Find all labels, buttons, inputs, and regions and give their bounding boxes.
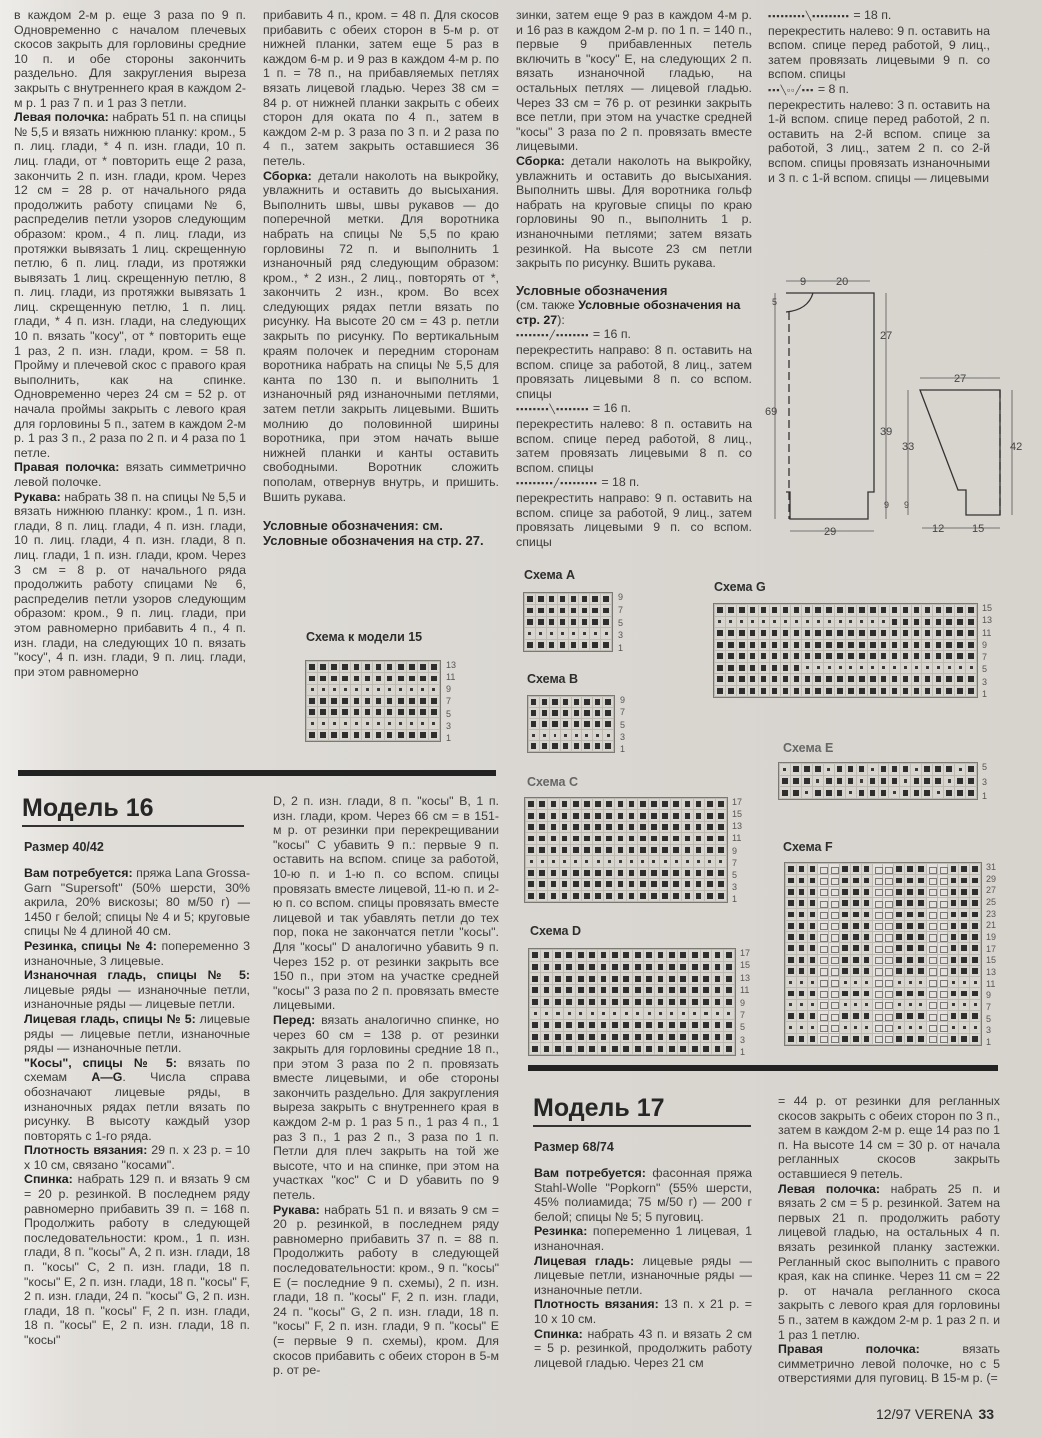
stitch-cell <box>883 988 893 998</box>
stitch-cell <box>873 875 883 885</box>
stitch-cell <box>883 977 893 987</box>
stitch-cell <box>857 776 867 787</box>
stitch-cell <box>541 1043 551 1054</box>
row-number: 9 <box>732 847 742 856</box>
stitch-cell <box>802 776 812 787</box>
stitch-cell <box>813 628 823 639</box>
stitch-cell <box>582 730 592 740</box>
stitch-cell <box>569 594 579 604</box>
stitch-cell <box>966 686 976 697</box>
stitch-cell <box>564 973 574 984</box>
stitch-cell <box>797 1000 807 1010</box>
stitch-cell <box>318 718 328 728</box>
stitch-cell <box>873 898 883 908</box>
stitch-cell <box>649 833 659 843</box>
stitch-cell <box>564 962 574 973</box>
issue-label: 12/97 VERENA <box>876 1406 973 1422</box>
stitch-cell <box>759 651 769 662</box>
stitch-cell <box>726 617 736 628</box>
stitch-cell <box>955 651 965 662</box>
stitch-cell <box>671 891 681 901</box>
stitch-cell <box>671 856 681 866</box>
stitch-cell <box>373 707 383 717</box>
stitch-cell <box>564 985 574 996</box>
stitch-cell <box>781 663 791 674</box>
stitch-cell <box>905 875 915 885</box>
stitch-cell <box>385 707 395 717</box>
page-number: 33 <box>979 1406 995 1422</box>
stitch-cell <box>933 674 943 685</box>
stitch-cell <box>660 799 670 809</box>
stitch-cell <box>712 1032 722 1043</box>
stitch-cell <box>590 640 600 650</box>
row-number: 9 <box>446 685 456 694</box>
stitch-cell <box>959 932 969 942</box>
stitch-cell <box>846 787 856 798</box>
column-4-top: ▪▪▪▪▪▪▪▪▪╲▪▪▪▪▪▪▪▪▪ = 18 п. перекрестить… <box>768 8 990 185</box>
stitch-cell <box>808 955 818 965</box>
stitch-cell <box>716 879 726 889</box>
stitch-cell <box>726 640 736 651</box>
stitch-cell <box>540 719 550 729</box>
stitch-cell <box>644 973 654 984</box>
stitch-cell <box>818 943 828 953</box>
stitch-cell <box>590 628 600 638</box>
stitch-cell <box>770 663 780 674</box>
stitch-cell <box>615 833 625 843</box>
stitch-cell <box>786 898 796 908</box>
stitch-cell <box>610 985 620 996</box>
row-number: 5 <box>740 1023 750 1032</box>
stitch-cell <box>905 966 915 976</box>
stitch-cell <box>857 674 867 685</box>
stitch-cell <box>553 973 563 984</box>
stitch-cell <box>890 674 900 685</box>
stitch-cell <box>655 973 665 984</box>
stitch-cell <box>802 605 812 616</box>
stitch-cell <box>786 864 796 874</box>
stitch-cell <box>429 662 439 672</box>
stitch-cell <box>712 950 722 961</box>
stitch-cell <box>550 697 560 707</box>
stitch-cell <box>548 822 558 832</box>
stitch-cell <box>582 697 592 707</box>
stitch-cell <box>959 1022 969 1032</box>
stitch-cell <box>530 1032 540 1043</box>
stitch-cell <box>959 875 969 885</box>
stitch-cell <box>759 628 769 639</box>
stitch-cell <box>660 891 670 901</box>
legend-entry: ▪▪▪▪▪▪▪▪▪╲▪▪▪▪▪▪▪▪▪ = 18 п. перекрестить… <box>768 8 990 82</box>
stitch-cell <box>593 799 603 809</box>
row-number: 7 <box>620 708 625 717</box>
stitch-cell <box>873 887 883 897</box>
stitch-cell <box>396 718 406 728</box>
text: вязать аналогично спинке, но через 60 см… <box>273 1013 499 1202</box>
row-number: 9 <box>982 641 992 650</box>
stitch-cell <box>786 1022 796 1032</box>
stitch-cell <box>701 950 711 961</box>
stitch-cell <box>770 628 780 639</box>
stitch-cell <box>582 879 592 889</box>
stitch-cell <box>966 787 976 798</box>
stitch-cell <box>407 730 417 740</box>
legend-entry: ▪▪▪╲▫▫╱▪▪▪ = 8 п. перекрестить налево: 3… <box>768 82 990 185</box>
stitch-cell <box>944 663 954 674</box>
stitch-cell <box>615 891 625 901</box>
stitch-cell <box>638 845 648 855</box>
row-number: 5 <box>446 710 456 719</box>
stitch-cell <box>862 887 872 897</box>
stitch-cell <box>582 822 592 832</box>
stitch-cell <box>955 674 965 685</box>
stitch-cell <box>587 962 597 973</box>
stitch-cell <box>770 674 780 685</box>
stitch-cell <box>407 685 417 695</box>
stitch-cell <box>362 707 372 717</box>
stitch-cell <box>905 909 915 919</box>
row-number: 19 <box>986 933 996 942</box>
label: Левая полочка: <box>14 110 109 124</box>
scheme-15-title: Схема к модели 15 <box>306 630 422 644</box>
stitch-cell <box>576 1032 586 1043</box>
stitch-cell <box>970 943 980 953</box>
stitch-cell <box>916 864 926 874</box>
stitch-cell <box>627 891 637 901</box>
stitch-cell <box>621 962 631 973</box>
stitch-cell <box>851 932 861 942</box>
stitch-cell <box>824 686 834 697</box>
stitch-cell <box>970 1022 980 1032</box>
stitch-cell <box>362 696 372 706</box>
stitch-cell <box>824 663 834 674</box>
stitch-cell <box>340 730 350 740</box>
stitch-cell <box>911 787 921 798</box>
stitch-cell <box>582 799 592 809</box>
stitch-cell <box>621 997 631 1008</box>
stitch-cell <box>970 1000 980 1010</box>
stitch-cell <box>537 799 547 809</box>
stitch-cell <box>660 833 670 843</box>
paragraph: Вам потребуется: фасонная пряжа Stahl-Wo… <box>534 1166 752 1224</box>
stitch-cell <box>418 707 428 717</box>
text: набрать 38 п. на спицы № 5,5 и вязать ни… <box>14 490 246 679</box>
label: Спинка: <box>534 1327 583 1341</box>
stitch-cell <box>781 686 791 697</box>
stitch-cell <box>385 718 395 728</box>
stitch-cell <box>558 640 568 650</box>
stitch-cell <box>748 651 758 662</box>
stitch-cell <box>715 651 725 662</box>
row-number: 7 <box>446 697 456 706</box>
stitch-cell <box>781 674 791 685</box>
stitch-cell <box>948 1011 958 1021</box>
stitch-cell <box>329 730 339 740</box>
text: набрать 51 п. и вязать 9 см = 20 р. рези… <box>273 1203 499 1378</box>
stitch-cell <box>883 1011 893 1021</box>
stitch-cell <box>571 868 581 878</box>
stitch-cell <box>712 1020 722 1031</box>
row-number: 13 <box>446 661 456 670</box>
stitch-cell <box>868 764 878 775</box>
stitch-cell <box>737 674 747 685</box>
row-number: 15 <box>740 961 750 970</box>
stitch-cell <box>894 875 904 885</box>
stitch-cell <box>933 628 943 639</box>
stitch-cell <box>561 719 571 729</box>
stitch-cell <box>682 891 692 901</box>
stitch-cell <box>660 810 670 820</box>
stitch-cell <box>916 875 926 885</box>
stitch-cell <box>912 640 922 651</box>
stitch-cell <box>705 891 715 901</box>
stitch-cell <box>576 950 586 961</box>
stitch-cell <box>829 955 839 965</box>
stitch-cell <box>912 617 922 628</box>
stitch-cell <box>579 594 589 604</box>
stitch-cell <box>818 921 828 931</box>
stitch-cell <box>571 833 581 843</box>
stitch-cell <box>724 1043 734 1054</box>
stitch-cell <box>948 864 958 874</box>
stitch-cell <box>791 764 801 775</box>
stitch-cell <box>808 909 818 919</box>
row-number: 11 <box>982 629 992 638</box>
stitch-cell <box>916 898 926 908</box>
stitch-cell <box>649 799 659 809</box>
stitch-cell <box>537 810 547 820</box>
stitch-cell <box>873 932 883 942</box>
stitch-cell <box>558 605 568 615</box>
label: Рукава: <box>14 490 61 504</box>
stitch-cell <box>868 651 878 662</box>
stitch-cell <box>610 1043 620 1054</box>
row-number: 31 <box>986 863 996 872</box>
stitch-cell <box>705 822 715 832</box>
stitch-cell <box>955 686 965 697</box>
stitch-cell <box>797 988 807 998</box>
stitch-cell <box>970 977 980 987</box>
stitch-cell <box>724 973 734 984</box>
cable-left-18-icon: ▪▪▪▪▪▪▪▪▪╲▪▪▪▪▪▪▪▪▪ <box>768 9 850 24</box>
stitch-cell <box>922 628 932 639</box>
paragraph: Рукава: набрать 38 п. на спицы № 5,5 и в… <box>14 490 246 680</box>
stitch-cell <box>938 932 948 942</box>
stitch-cell <box>340 662 350 672</box>
legend-entry: ▪▪▪▪▪▪▪▪╲▪▪▪▪▪▪▪▪ = 16 п. перекрестить н… <box>516 401 752 475</box>
text: детали наколоть на выкройку, увлажнить и… <box>516 154 752 270</box>
stitch-cell <box>593 856 603 866</box>
legend-heading: Условные обозначения: см. Условные обозн… <box>263 518 499 548</box>
stitch-cell <box>912 628 922 639</box>
stitch-cell <box>829 921 839 931</box>
stitch-cell <box>933 651 943 662</box>
stitch-cell <box>638 868 648 878</box>
stitch-cell <box>340 718 350 728</box>
paragraph: в каждом 2-м р. еще 3 раза по 9 п. Однов… <box>14 8 246 110</box>
stitch-cell <box>610 962 620 973</box>
stitch-cell <box>682 822 692 832</box>
stitch-cell <box>558 628 568 638</box>
paragraph: Спинка: набрать 43 п. и вязать 2 см = 5 … <box>534 1327 752 1371</box>
stitch-cell <box>970 909 980 919</box>
scheme-a-grid <box>523 592 613 652</box>
stitch-cell <box>307 685 317 695</box>
stitch-cell <box>603 708 613 718</box>
legend-text: перекрестить направо: 9 п. оставить на в… <box>516 491 752 549</box>
model-16-title: Модель 16 <box>22 794 244 827</box>
legend-subtitle: (см. также <box>516 298 578 312</box>
text: набрать 51 п. на спицы № 5,5 и вязать ни… <box>14 110 246 460</box>
stitch-cell <box>938 988 948 998</box>
row-number: 13 <box>740 974 750 983</box>
column-3-top: зинки, затем еще 9 раз в каждом 4-м р. и… <box>516 8 752 549</box>
stitch-cell <box>582 856 592 866</box>
stitch-cell <box>781 651 791 662</box>
legend-text: перекрестить налево: 8 п. оставить на вс… <box>516 417 752 475</box>
stitch-cell <box>726 651 736 662</box>
stitch-cell <box>911 776 921 787</box>
stitch-cell <box>621 973 631 984</box>
stitch-cell <box>808 864 818 874</box>
stitch-cell <box>948 898 958 908</box>
stitch-cell <box>868 617 878 628</box>
stitch-cell <box>529 730 539 740</box>
stitch-cell <box>560 810 570 820</box>
stitch-cell <box>857 686 867 697</box>
stitch-cell <box>818 898 828 908</box>
scheme-b-title: Схема B <box>527 672 578 686</box>
model-16-column-2: D, 2 п. изн. глади, 8 п. "косы" B, 1 п. … <box>273 794 499 1378</box>
stitch-cell <box>525 617 535 627</box>
stitch-cell <box>429 730 439 740</box>
stitch-cell <box>879 776 889 787</box>
stitch-cell <box>916 1011 926 1021</box>
stitch-cell <box>955 787 965 798</box>
stitch-cell <box>862 875 872 885</box>
stitch-cell <box>572 708 582 718</box>
stitch-cell <box>780 764 790 775</box>
stitch-cell <box>840 1011 850 1021</box>
model-17-title: Модель 17 <box>533 1094 751 1127</box>
stitch-cell <box>598 962 608 973</box>
dim-total: 69 <box>765 406 777 418</box>
stitch-cell <box>579 640 589 650</box>
stitch-cell <box>571 891 581 901</box>
stitch-cell <box>712 1043 722 1054</box>
stitch-cell <box>553 997 563 1008</box>
stitch-cell <box>944 628 954 639</box>
stitch-cell <box>879 605 889 616</box>
stitch-cell <box>407 718 417 728</box>
stitch-cell <box>791 651 801 662</box>
stitch-cell <box>868 628 878 639</box>
stitch-cell <box>536 594 546 604</box>
stitch-cell <box>846 663 856 674</box>
stitch-cell <box>905 1034 915 1044</box>
stitch-cell <box>890 640 900 651</box>
stitch-cell <box>560 856 570 866</box>
row-number: 1 <box>740 1048 750 1057</box>
stitch-cell <box>894 864 904 874</box>
stitch-cell <box>786 921 796 931</box>
stitch-cell <box>716 845 726 855</box>
stitch-cell <box>724 997 734 1008</box>
label: Резинка, спицы № 4: <box>24 939 157 953</box>
stitch-cell <box>587 1020 597 1031</box>
stitch-cell <box>633 973 643 984</box>
stitch-cell <box>701 962 711 973</box>
stitch-cell <box>526 879 536 889</box>
stitch-cell <box>615 856 625 866</box>
stitch-cell <box>655 985 665 996</box>
stitch-cell <box>716 799 726 809</box>
row-number: 1 <box>618 644 623 653</box>
stitch-cell <box>786 1000 796 1010</box>
stitch-cell <box>627 833 637 843</box>
stitch-cell <box>547 628 557 638</box>
stitch-cell <box>601 628 611 638</box>
paragraph: Сборка: детали наколоть на выкройку, увл… <box>516 154 752 271</box>
stitch-cell <box>569 617 579 627</box>
stitch-cell <box>550 730 560 740</box>
stitch-cell <box>582 845 592 855</box>
stitch-cell <box>530 1020 540 1031</box>
stitch-cell <box>868 640 878 651</box>
stitch-cell <box>712 1008 722 1019</box>
stitch-cell <box>615 810 625 820</box>
text: детали наколоть на выкройку, увлажнить и… <box>263 169 499 504</box>
scheme-c-grid <box>524 797 728 903</box>
stitch-cell <box>593 868 603 878</box>
stitch-cell <box>627 810 637 820</box>
dim-sleeve-top: 27 <box>954 373 966 385</box>
stitch-cell <box>579 605 589 615</box>
stitch-cell <box>593 741 603 751</box>
paragraph: Вам потребуется: пряжа Lana Grossa-Garn … <box>24 866 250 939</box>
stitch-cell <box>959 1034 969 1044</box>
row-number: 7 <box>732 859 742 868</box>
stitch-cell <box>418 673 428 683</box>
stitch-cell <box>922 617 932 628</box>
stitch-cell <box>840 955 850 965</box>
stitch-cell <box>966 776 976 787</box>
stitch-cell <box>797 875 807 885</box>
stitch-cell <box>786 943 796 953</box>
stitch-cell <box>894 887 904 897</box>
stitch-cell <box>418 696 428 706</box>
label: Лицевая гладь, спицы № 5: <box>24 1012 196 1026</box>
stitch-cell <box>748 628 758 639</box>
stitch-cell <box>604 822 614 832</box>
stitch-cell <box>959 909 969 919</box>
stitch-cell <box>966 628 976 639</box>
stitch-cell <box>829 1022 839 1032</box>
stitch-cell <box>682 868 692 878</box>
stitch-cell <box>802 686 812 697</box>
stitch-cell <box>851 1034 861 1044</box>
stitch-cell <box>418 685 428 695</box>
stitch-cell <box>593 708 603 718</box>
stitch-cell <box>933 787 943 798</box>
stitch-cell <box>553 985 563 996</box>
stitch-cell <box>933 617 943 628</box>
stitch-cell <box>598 985 608 996</box>
row-number: 5 <box>618 619 623 628</box>
stitch-cell <box>541 997 551 1008</box>
label: Рукава: <box>273 1203 320 1217</box>
stitch-cell <box>970 1011 980 1021</box>
